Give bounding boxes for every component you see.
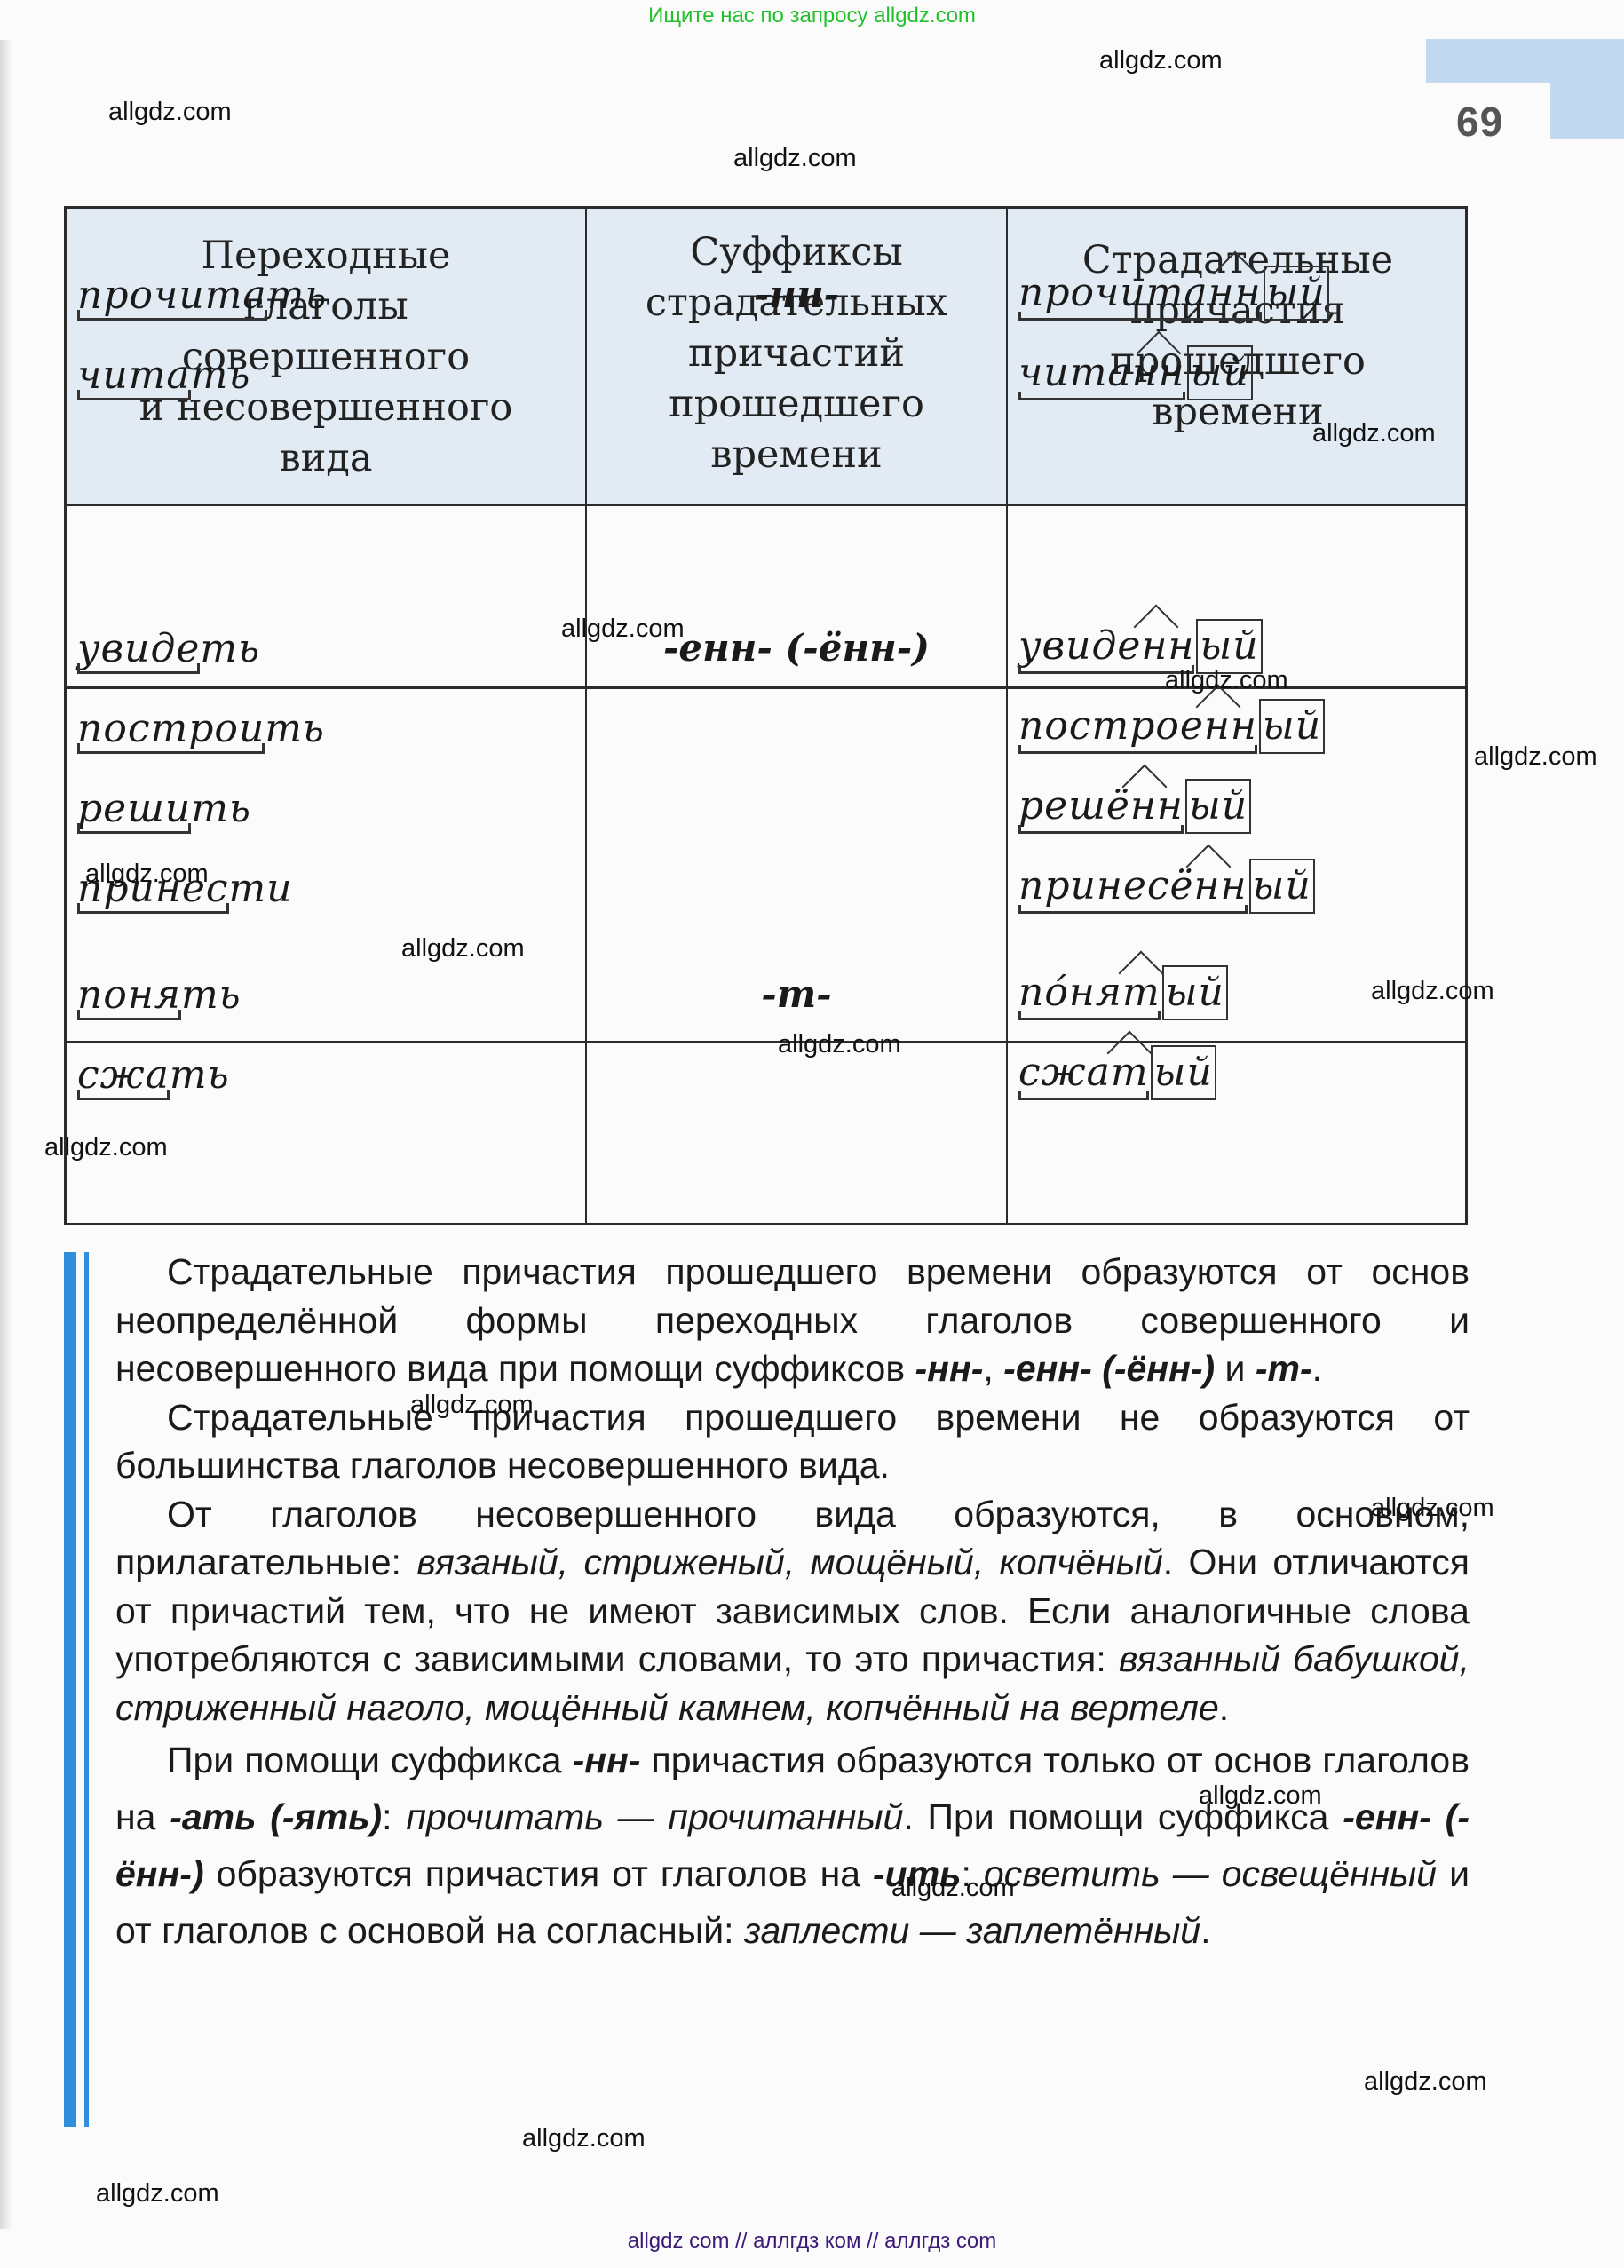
watermark: allgdz.com — [85, 860, 209, 889]
verb-infinitive: сжать — [77, 1052, 230, 1098]
verb-stem: поня — [77, 972, 181, 1020]
participle: сжатый — [1018, 1045, 1216, 1100]
emphasis-text: -т- — [1256, 1348, 1312, 1389]
rule-text: При помощи суффикса — [167, 1740, 573, 1780]
suffix-mark: енн — [1117, 623, 1194, 669]
participle: по́нятый — [1018, 965, 1228, 1020]
rule-text: и — [1215, 1348, 1256, 1389]
header-suffixes: Суффиксы страдательных причастий прошедш… — [587, 209, 1006, 506]
watermark: allgdz.com — [522, 2124, 646, 2153]
verb-stem: чита — [77, 353, 191, 400]
suffix-mark: т — [1111, 1050, 1149, 1095]
participle-stem: сжат — [1018, 1050, 1149, 1095]
ending-box: ый — [1151, 1045, 1216, 1100]
verb-stem: построи — [77, 706, 265, 754]
participle: читанный — [1018, 345, 1253, 400]
rule-paragraph-4: При помощи суффикса -нн- причастия образ… — [115, 1732, 1470, 1959]
participle: построенный — [1018, 699, 1325, 754]
emphasis-text: -нн- — [915, 1348, 984, 1389]
participle: принесённый — [1018, 859, 1315, 914]
verb-infinitive: решить — [77, 786, 251, 831]
ending-box: ый — [1249, 859, 1315, 914]
watermark: allgdz.com — [410, 1391, 534, 1420]
page-number: 69 — [1456, 98, 1503, 146]
suffix-mark: т — [1122, 970, 1161, 1015]
participle-stem: читанн — [1018, 350, 1185, 395]
participle-stem: принесённ — [1018, 863, 1248, 908]
watermark: allgdz.com — [1199, 1781, 1322, 1811]
watermark: allgdz.com — [1371, 1494, 1494, 1523]
verb-infinitive: увидеть — [77, 626, 260, 671]
watermark: allgdz.com — [96, 2179, 219, 2209]
rule-text: . — [1219, 1687, 1229, 1728]
watermark: allgdz.com — [733, 144, 857, 173]
rule-accent-bar — [64, 1252, 76, 2127]
bottom-banner[interactable]: allgdz com // аллгдз ком // аллгдз com — [0, 2229, 1624, 2254]
watermark: allgdz.com — [1099, 46, 1223, 75]
watermark: allgdz.com — [401, 934, 525, 964]
verb-ending: ть — [191, 353, 251, 398]
verb-ending: ти — [229, 866, 293, 911]
verb-infinitive: читать — [77, 353, 250, 398]
watermark: allgdz.com — [891, 1874, 1015, 1903]
verb-ending: ть — [181, 972, 242, 1018]
participle-stem: построенн — [1018, 703, 1257, 749]
ending-box: ый — [1187, 345, 1253, 400]
verb-infinitive: прочитать — [77, 273, 327, 318]
watermark: allgdz.com — [1312, 419, 1436, 448]
participle-stem: прочитанн — [1018, 270, 1262, 315]
participle-stem: решённ — [1018, 783, 1184, 829]
watermark: allgdz.com — [1474, 742, 1597, 772]
verb-stem: прочита — [77, 273, 267, 321]
watermark: allgdz.com — [1371, 977, 1494, 1006]
watermark: allgdz.com — [108, 98, 232, 127]
watermark: allgdz.com — [1165, 666, 1288, 695]
suffix-mark: нн — [1132, 350, 1185, 395]
page-edge-shadow — [0, 40, 12, 2229]
ending-box: ый — [1259, 699, 1325, 754]
emphasis-text: заплести — заплетённый — [744, 1910, 1200, 1951]
emphasis-text: прочитать — прочитанный — [406, 1796, 903, 1837]
participle: решённый — [1018, 779, 1251, 834]
row-divider — [67, 1041, 1465, 1043]
verb-stem: реши — [77, 786, 191, 834]
suffix-mark: нн — [1208, 270, 1262, 315]
corner-tab-decoration — [1426, 39, 1624, 83]
watermark: allgdz.com — [1364, 2067, 1487, 2097]
suffix-mark: ённ — [1170, 863, 1248, 908]
watermark: allgdz.com — [778, 1030, 901, 1059]
rule-text: , — [983, 1348, 1003, 1389]
verb-infinitive: построить — [77, 706, 325, 751]
emphasis-text: -ать (-ять) — [170, 1796, 382, 1837]
rule-text: . — [1312, 1348, 1322, 1389]
suffix-mark: енн — [1180, 703, 1257, 749]
ending-box: ый — [1185, 779, 1251, 834]
rule-paragraph-1: Страдательные причастия прошедшего време… — [115, 1248, 1470, 1393]
verb-ending: ть — [265, 706, 325, 751]
suffix-t: -т- — [587, 972, 1006, 1016]
verb-ending: ть — [200, 626, 260, 671]
column-divider — [585, 209, 587, 1223]
participle: прочитанный — [1018, 266, 1329, 321]
emphasis-text: -нн- — [573, 1740, 641, 1780]
verb-ending: ть — [191, 786, 251, 831]
rule-text: . — [1200, 1910, 1210, 1951]
column-divider — [1006, 209, 1008, 1223]
verb-infinitive: понять — [77, 972, 242, 1018]
emphasis-text: осветить — освещённый — [984, 1853, 1437, 1894]
ending-box: ый — [1264, 266, 1329, 321]
watermark: allgdz.com — [44, 1133, 168, 1162]
emphasis-text: -енн- (-ённ-) — [1003, 1348, 1215, 1389]
verb-stem: увиде — [77, 626, 200, 674]
table-header: Переходные глаголы совершенного и несове… — [67, 209, 1465, 506]
rule-box: Страдательные причастия прошедшего време… — [115, 1248, 1470, 1959]
verb-ending: ть — [267, 273, 328, 318]
suffix-mark: ённ — [1106, 783, 1184, 829]
rule-text: образуются причастия от глаголов на — [204, 1853, 873, 1894]
verb-stem: сжа — [77, 1052, 170, 1100]
participle-table: Переходные глаголы совершенного и несове… — [64, 206, 1468, 1225]
rule-paragraph-2: Страдательные причастия прошедшего време… — [115, 1393, 1470, 1490]
rule-paragraph-3: От глаголов несовершенного вида образуют… — [115, 1490, 1470, 1733]
corner-tab-decoration — [1550, 83, 1624, 139]
watermark: allgdz.com — [561, 615, 685, 644]
participle-stem: по́нят — [1018, 970, 1161, 1015]
emphasis-text: вязаный, стриженый, мощёный, копчёный — [416, 1542, 1162, 1582]
suffix-nn: -нн- — [587, 273, 1006, 316]
ending-box: ый — [1162, 965, 1228, 1020]
verb-ending: ть — [170, 1052, 230, 1098]
rule-accent-bar — [84, 1252, 89, 2127]
rule-text: : — [382, 1796, 406, 1837]
top-banner[interactable]: Ищите нас по запросу allgdz.com — [0, 4, 1624, 28]
rule-text: Страдательные причастия прошедшего време… — [115, 1397, 1470, 1487]
participle-stem: увиденн — [1018, 623, 1194, 669]
